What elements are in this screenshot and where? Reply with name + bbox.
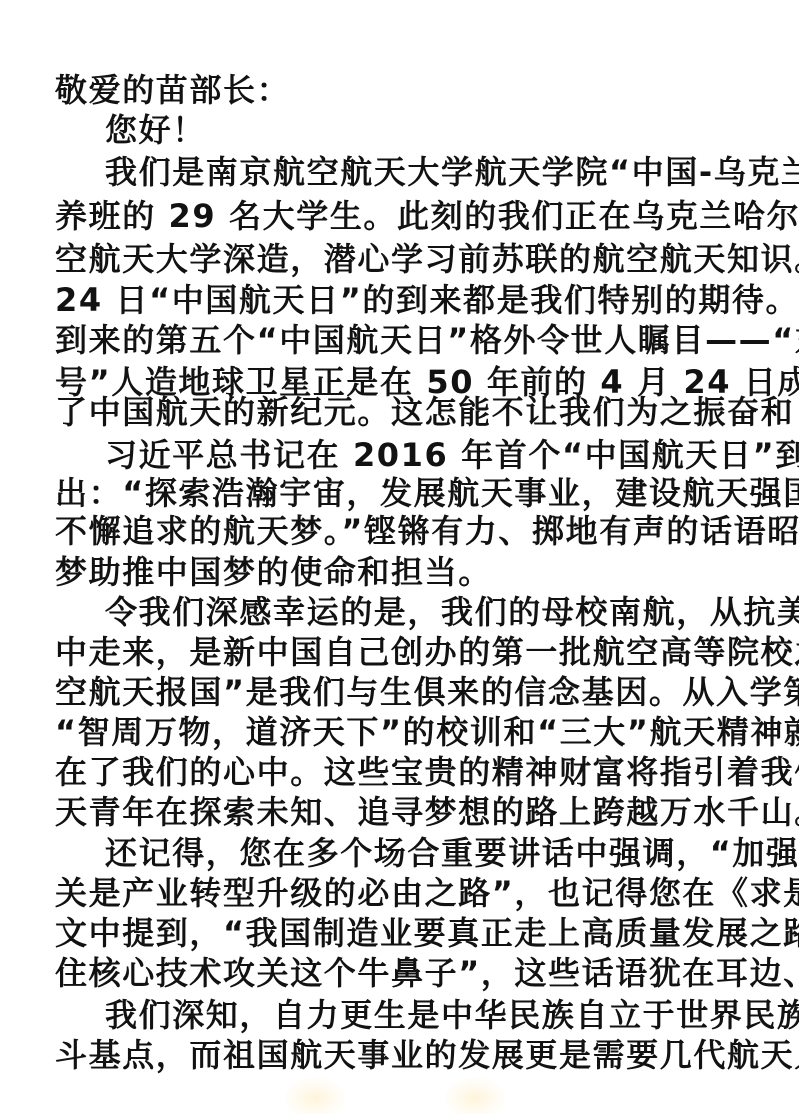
paragraph-2-line-1: 习近平总书记在 2016 年首个“中国航天日”到来之际提 bbox=[105, 435, 755, 475]
paragraph-3-line-4: “智周万物，道济天下”的校训和“三大”航天精神就深深烙 bbox=[55, 712, 755, 752]
paragraph-1-line-3: 空航天大学深造，潜心学习前苏联的航空航天知识。每年 4 月 bbox=[55, 239, 755, 279]
paragraph-1-line-4: 24 日“中国航天日”的到来都是我们特别的期待。而今年即将 bbox=[55, 280, 755, 320]
paragraph-3-line-3: 空航天报国”是我们与生俱来的信念基因。从入学第一天起， bbox=[55, 672, 755, 712]
salutation: 敬爱的苗部长： bbox=[55, 70, 755, 110]
paragraph-2-line-4: 梦助推中国梦的使命和担当。 bbox=[55, 552, 755, 592]
paragraph-2-line-3: 不懈追求的航天梦。”铿锵有力、掷地有声的话语昭示着航天 bbox=[55, 511, 755, 551]
paragraph-1-line-2: 养班的 29 名大学生。此刻的我们正在乌克兰哈尔科夫国立航 bbox=[55, 196, 755, 236]
letter-page: 敬爱的苗部长： 您好！ 我们是南京航空航天大学航天学院“中国-乌克兰”联合培 养… bbox=[0, 0, 799, 1114]
paragraph-1-line-5: 到来的第五个“中国航天日”格外令世人瞩目——“东方红一 bbox=[55, 320, 755, 360]
paragraph-3-line-2: 中走来，是新中国自己创办的第一批航空高等院校之一，“航 bbox=[55, 632, 755, 672]
paragraph-1-line-1: 我们是南京航空航天大学航天学院“中国-乌克兰”联合培 bbox=[105, 152, 755, 192]
paragraph-3-line-1: 令我们深感幸运的是，我们的母校南航，从抗美援朝烽火 bbox=[105, 592, 755, 632]
paragraph-4-line-3: 文中提到，“我国制造业要真正走上高质量发展之路，必须扭 bbox=[55, 913, 755, 953]
paper-glare-left bbox=[285, 1078, 345, 1114]
paragraph-3-line-6: 天青年在探索未知、追寻梦想的路上跨越万水千山。 bbox=[55, 792, 755, 832]
paragraph-5-line-1: 我们深知，自力更生是中华民族自立于世界民族之林的奋 bbox=[105, 995, 755, 1035]
paragraph-4-line-2: 关是产业转型升级的必由之路”，也记得您在《求是》杂志撰 bbox=[55, 873, 755, 913]
paragraph-5-line-2: 斗基点，而祖国航天事业的发展更是需要几代航天人的接续奋 bbox=[55, 1035, 755, 1075]
paragraph-4-line-1: 还记得，您在多个场合重要讲话中强调，“加强核心技术攻 bbox=[105, 833, 755, 873]
greeting: 您好！ bbox=[105, 110, 755, 150]
paragraph-4-line-4: 住核心技术攻关这个牛鼻子”，这些话语犹在耳边、振聋发聩。 bbox=[55, 953, 755, 993]
paragraph-3-line-5: 在了我们的心中。这些宝贵的精神财富将指引着我们新时代航 bbox=[55, 752, 755, 792]
paragraph-2-line-2: 出：“探索浩瀚宇宙，发展航天事业，建设航天强国，是我们 bbox=[55, 473, 755, 513]
paragraph-1-line-7: 了中国航天的新纪元。这怎能不让我们为之振奋和自豪？ bbox=[55, 392, 755, 432]
paper-glare-right bbox=[445, 1078, 505, 1114]
